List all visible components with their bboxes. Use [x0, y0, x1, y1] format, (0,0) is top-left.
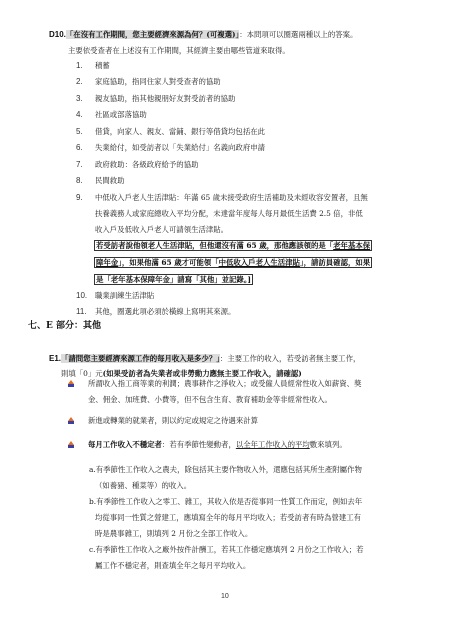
option-8: 8.民間救助: [76, 175, 125, 187]
sub-item-b-line3: 時是農事雜工，則填列 2 月份之全部工作收入。: [95, 528, 252, 539]
bullet-2-line1: 新進或轉業的就業者，則以約定或規定之待遇來計算: [88, 415, 258, 426]
sub-item-c-line2: 屬工作不穩定者，則查填全年之每月平均收入。: [95, 560, 250, 571]
sub-item-b: b.有季節性工作收入之零工、雜工，其收入依是否從事同一性質工作而定，例如去年: [89, 496, 362, 507]
sub-item-a-line2: （如養豬、種菜等）的收入。: [95, 480, 191, 491]
option-2: 2.家庭協助，指同住家人對受查者的協助: [76, 76, 221, 88]
bullet-1-line2: 金、佣金、加班費、小費等，但不包含生育、教育補助金等非經常性收入。: [88, 394, 332, 405]
boxed-note-line1: 若受訪者說他領老人生活津貼，但他還沒有滿 65 歲，那他應該領的是「老年基本保: [94, 240, 372, 251]
question-text: 「在沒有工作期間，您主要經濟來源為何？(可複選)」: [66, 30, 239, 39]
question-note: ：本問項可以圈選兩種以上的答案。: [239, 30, 357, 39]
bullet-icon: [67, 380, 75, 388]
question-note: ：主要工作的收入，若受訪者無主要工作，: [220, 354, 360, 363]
bullet-3-line1: 每月工作收入不穩定者：若有季節性變動者，以全年工作收入的平均數來填列。: [88, 439, 347, 450]
bullet-1-line1: 所謂收入指工商等業的利潤；農事耕作之淨收入；或受僱人員經常性收入如薪資、獎: [88, 378, 361, 389]
option-1: 1.積蓄: [76, 60, 110, 72]
page-number: 10: [221, 592, 229, 603]
option-3: 3.親友協助，指其他親朋好友對受訪者的協助: [76, 93, 235, 105]
boxed-note-line2: 障年金」，如果他滿 65 歲才可能領「中低收入戶老人生活津貼」，請訪員確認，如果: [94, 257, 372, 268]
question-description: 主要依受查者在上述沒有工作期間，其經濟主要由哪些管道來取得。: [68, 45, 290, 56]
document-page: D10.「在沒有工作期間，您主要經濟來源為何？(可複選)」：本問項可以圈選兩種以…: [0, 0, 452, 640]
question-id: E1.: [49, 354, 61, 363]
sub-item-c: c.有季節性工作收入之廠外按件計酬工，若其工作穩定應填列 2 月份之工作收入；若: [89, 544, 364, 555]
bullet-icon: [67, 417, 75, 425]
section-heading: 七、E 部分：其他: [28, 320, 101, 334]
option-9-line2: 扶養義務人或家庭總收入平均分配，未達當年度每人每月最低生活費 2.5 倍，非低: [95, 208, 363, 219]
option-4: 4.社區或部落協助: [76, 109, 147, 121]
question-e1-header: E1.「請問您主要經濟來源工作的每月收入是多少？」：主要工作的收入，若受訪者無主…: [49, 353, 360, 365]
option-7: 7.政府救助：各級政府給予的協助: [76, 159, 198, 171]
sub-item-a: a.有季節性工作收入之農夫，除包括其主要作物收入外，還應包括其所生產附屬作物: [89, 464, 362, 475]
question-text: 「請問您主要經濟來源工作的每月收入是多少？」: [61, 354, 220, 363]
question-id: D10.: [49, 30, 66, 39]
question-d10-header: D10.「在沒有工作期間，您主要經濟來源為何？(可複選)」：本問項可以圈選兩種以…: [49, 29, 357, 41]
boxed-note-line3: 是「老年基本保障年金」請寫「其他」並記錄。]: [94, 274, 253, 285]
option-10: 10.職業訓練生活津貼: [76, 290, 154, 302]
option-9-line3: 收入戶及低收入戶老人可請領生活津貼。: [95, 224, 228, 235]
option-6: 6.失業給付，如受訪者以「失業給付」名義向政府申請: [76, 142, 265, 154]
option-9: 9.中低收入戶老人生活津貼：年滿 65 歲未接受政府生活補助及未經收容安置者，且…: [76, 192, 368, 204]
sub-item-b-line2: 均從事同一性質之營建工，應填寫全年的每月平均收入；若受訪者有時為營建工有: [95, 512, 361, 523]
bullet-icon: [67, 441, 75, 449]
option-11: 11.其他，圈選此項必須於橫線上寫明其來源。: [76, 306, 235, 318]
option-5: 5.借貸，向家人、親友、當鋪、銀行等借貸均包括在此: [76, 126, 265, 138]
